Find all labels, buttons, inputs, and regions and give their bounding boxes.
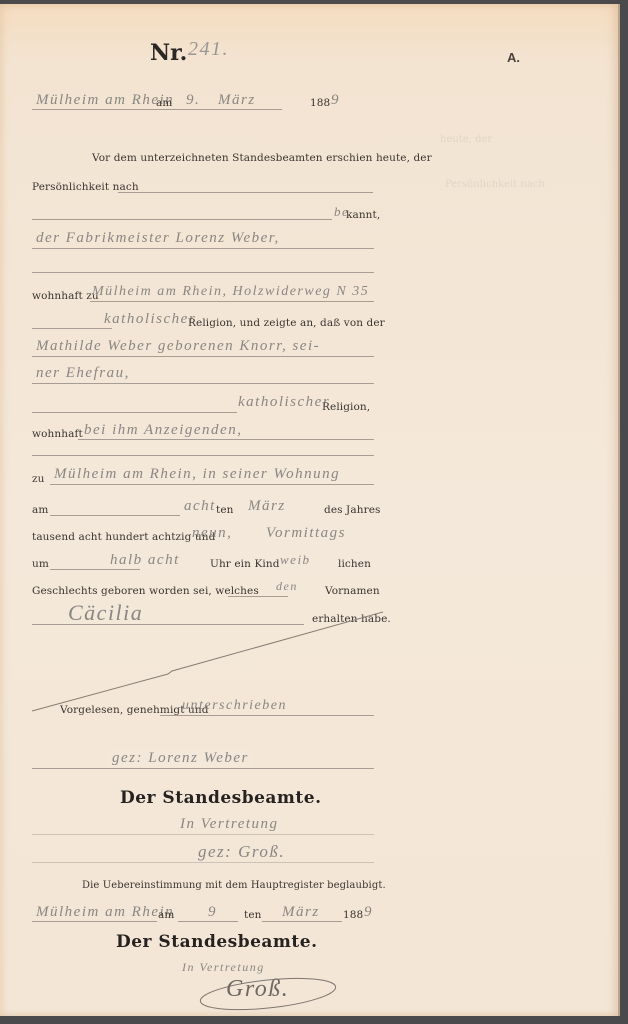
signature-flourish (0, 4, 620, 1016)
register-page: heute, der Persönlichkeit nach Nr. 241. … (0, 4, 620, 1016)
cert-signature-hand: Groß. (226, 976, 289, 1003)
